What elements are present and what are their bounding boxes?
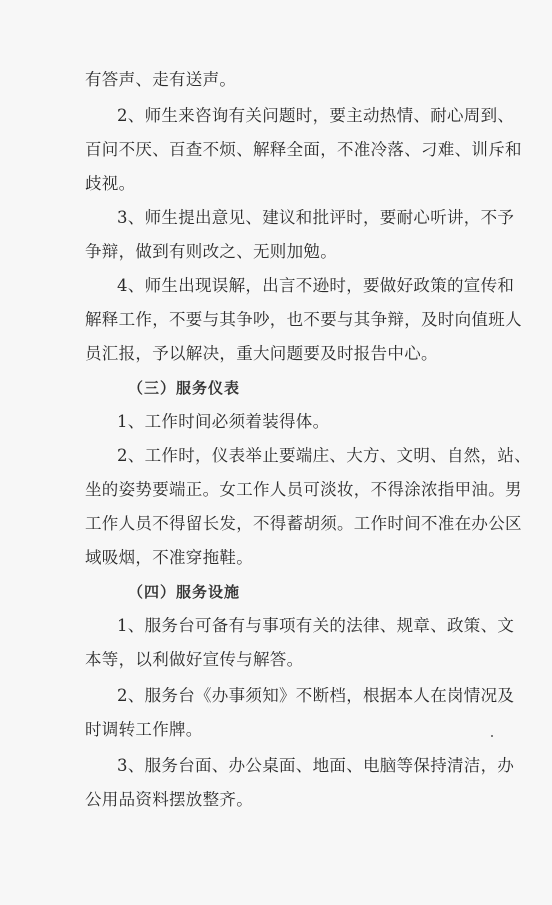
list-item-text: 3、服务台面、办公桌面、地面、电脑等保持清洁，办 xyxy=(117,756,517,776)
list-item-text: 3、师生提出意见、建议和批评时，要耐心听讲，不予 xyxy=(117,208,517,228)
text-line: 公用品资料摆放整齐。 xyxy=(85,790,485,810)
text-line: 百问不厌、百查不烦、解释全面，不准冷落、刁难、训斥和 xyxy=(85,140,485,160)
list-item-text: 2、师生来咨询有关问题时，要主动热情、耐心周到、 xyxy=(117,106,517,126)
text-line: 本等，以利做好宣传与解答。 xyxy=(85,650,485,670)
text-line: 歧视。 xyxy=(85,174,485,194)
section-heading-service-facilities: （四）服务设施 xyxy=(128,582,528,602)
text-line: 解释工作，不要与其争吵，也不要与其争辩，及时向值班人 xyxy=(85,310,485,330)
list-item-text: 4、师生出现误解，出言不逊时，要做好政策的宣传和 xyxy=(117,276,517,296)
text-line: 坐的姿势要端正。女工作人员可淡妆，不得涂浓指甲油。男 xyxy=(85,480,485,500)
list-item-text: 1、工作时间必须着装得体。 xyxy=(117,412,517,432)
section-heading-service-appearance: （三）服务仪表 xyxy=(128,378,528,398)
text-line: 争辩，做到有则改之、无则加勉。 xyxy=(85,242,485,262)
document-page: 有答声、走有送声。 2、师生来咨询有关问题时，要主动热情、耐心周到、 百问不厌、… xyxy=(0,0,552,905)
list-item-text: 2、工作时，仪表举止要端庄、大方、文明、自然，站、 xyxy=(117,446,517,466)
text-line: 工作人员不得留长发，不得蓄胡须。工作时间不准在办公区 xyxy=(85,514,485,534)
text-line: 时调转工作牌。 xyxy=(85,720,485,740)
text-line: 员汇报，予以解决，重大问题要及时报告中心。 xyxy=(85,344,485,364)
text-line: 有答声、走有送声。 xyxy=(85,70,485,90)
text-line: 域吸烟，不准穿拖鞋。 xyxy=(85,548,485,568)
list-item-text: 1、服务台可备有与事项有关的法律、规章、政策、文 xyxy=(117,616,517,636)
scan-speck xyxy=(491,735,493,737)
list-item-text: 2、服务台《办事须知》不断档，根据本人在岗情况及 xyxy=(117,686,517,706)
